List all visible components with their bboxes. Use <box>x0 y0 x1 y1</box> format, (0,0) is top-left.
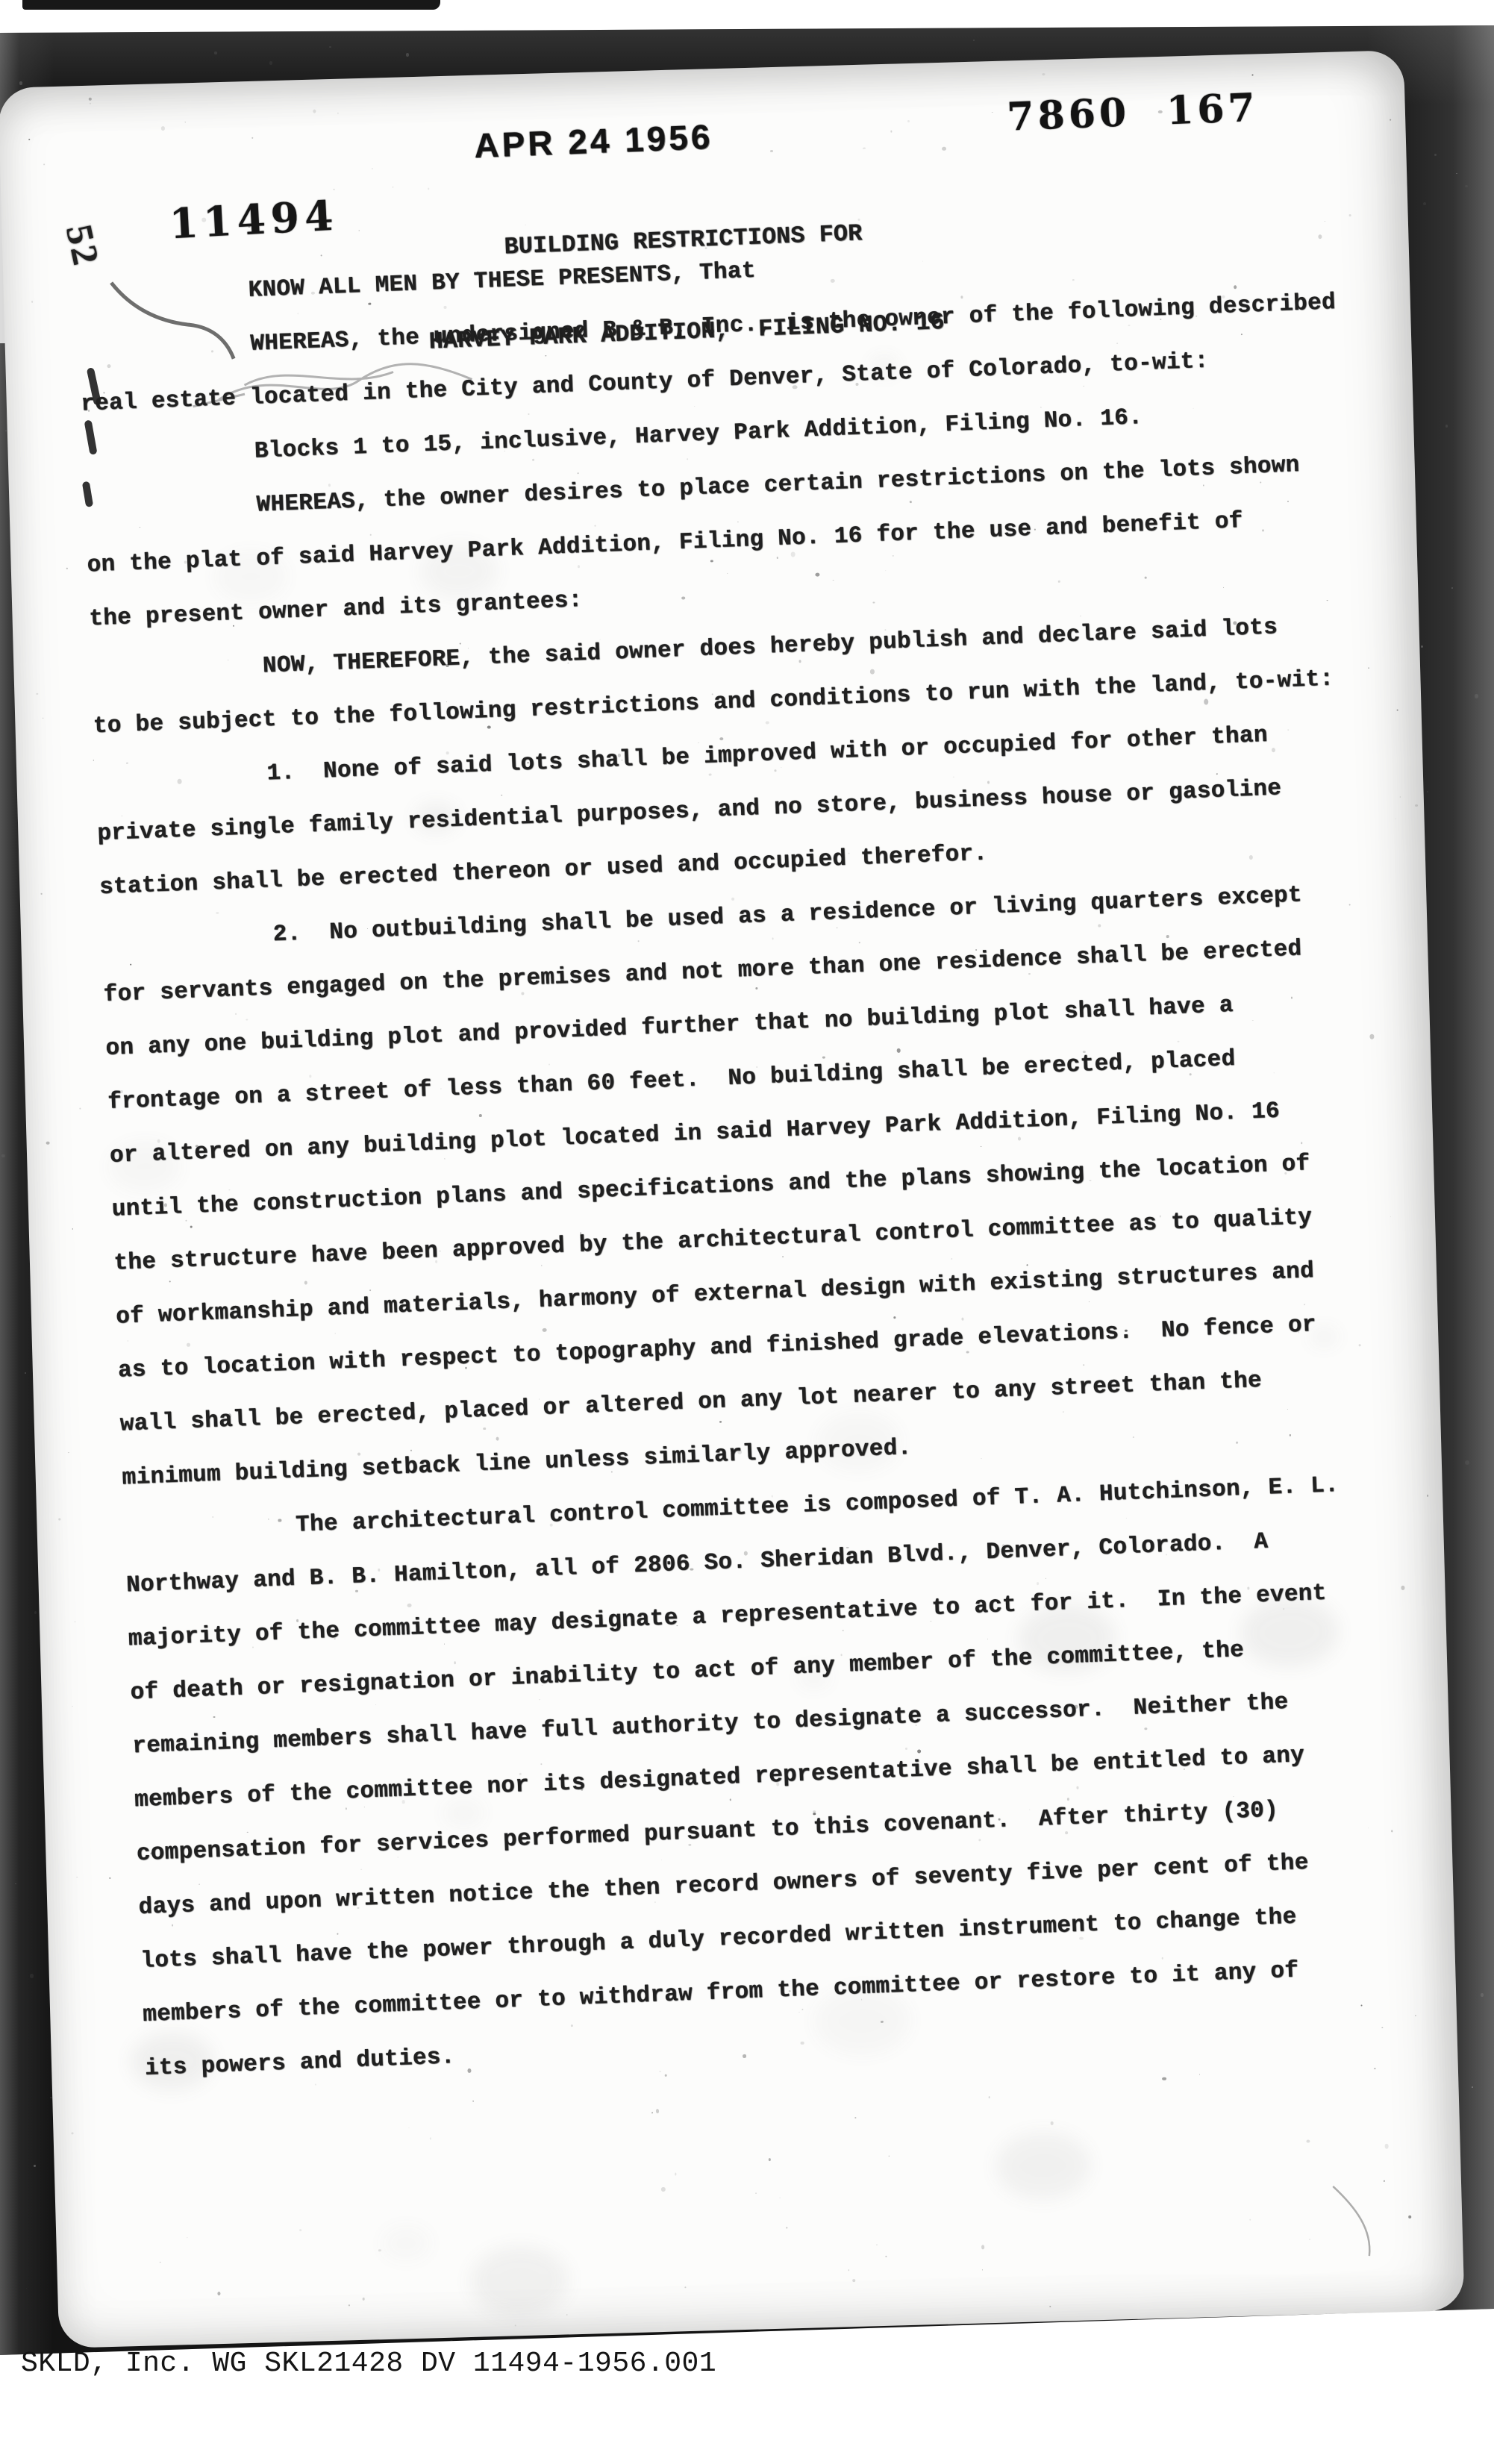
scanned-document: APR 24 1956 7860 167 11494 52 BUILDING R… <box>0 0 1494 2464</box>
scan-footer-label: SKLD, Inc. WG SKL21428 DV 11494-1956.001 <box>21 2348 716 2380</box>
typewritten-layer: APR 24 1956 7860 167 11494 52 BUILDING R… <box>0 50 1465 2348</box>
recording-date-stamp: APR 24 1956 <box>473 116 713 166</box>
reception-number: 11494 <box>168 191 339 248</box>
document-body: KNOW ALL MEN BY THESE PRESENTS, ThatWHER… <box>75 222 1398 2096</box>
scan-edge-artifact <box>22 0 440 10</box>
margin-note-52: 52 <box>57 221 109 271</box>
document-page: APR 24 1956 7860 167 11494 52 BUILDING R… <box>0 50 1465 2348</box>
book-page-number: 7860 167 <box>1006 85 1259 140</box>
